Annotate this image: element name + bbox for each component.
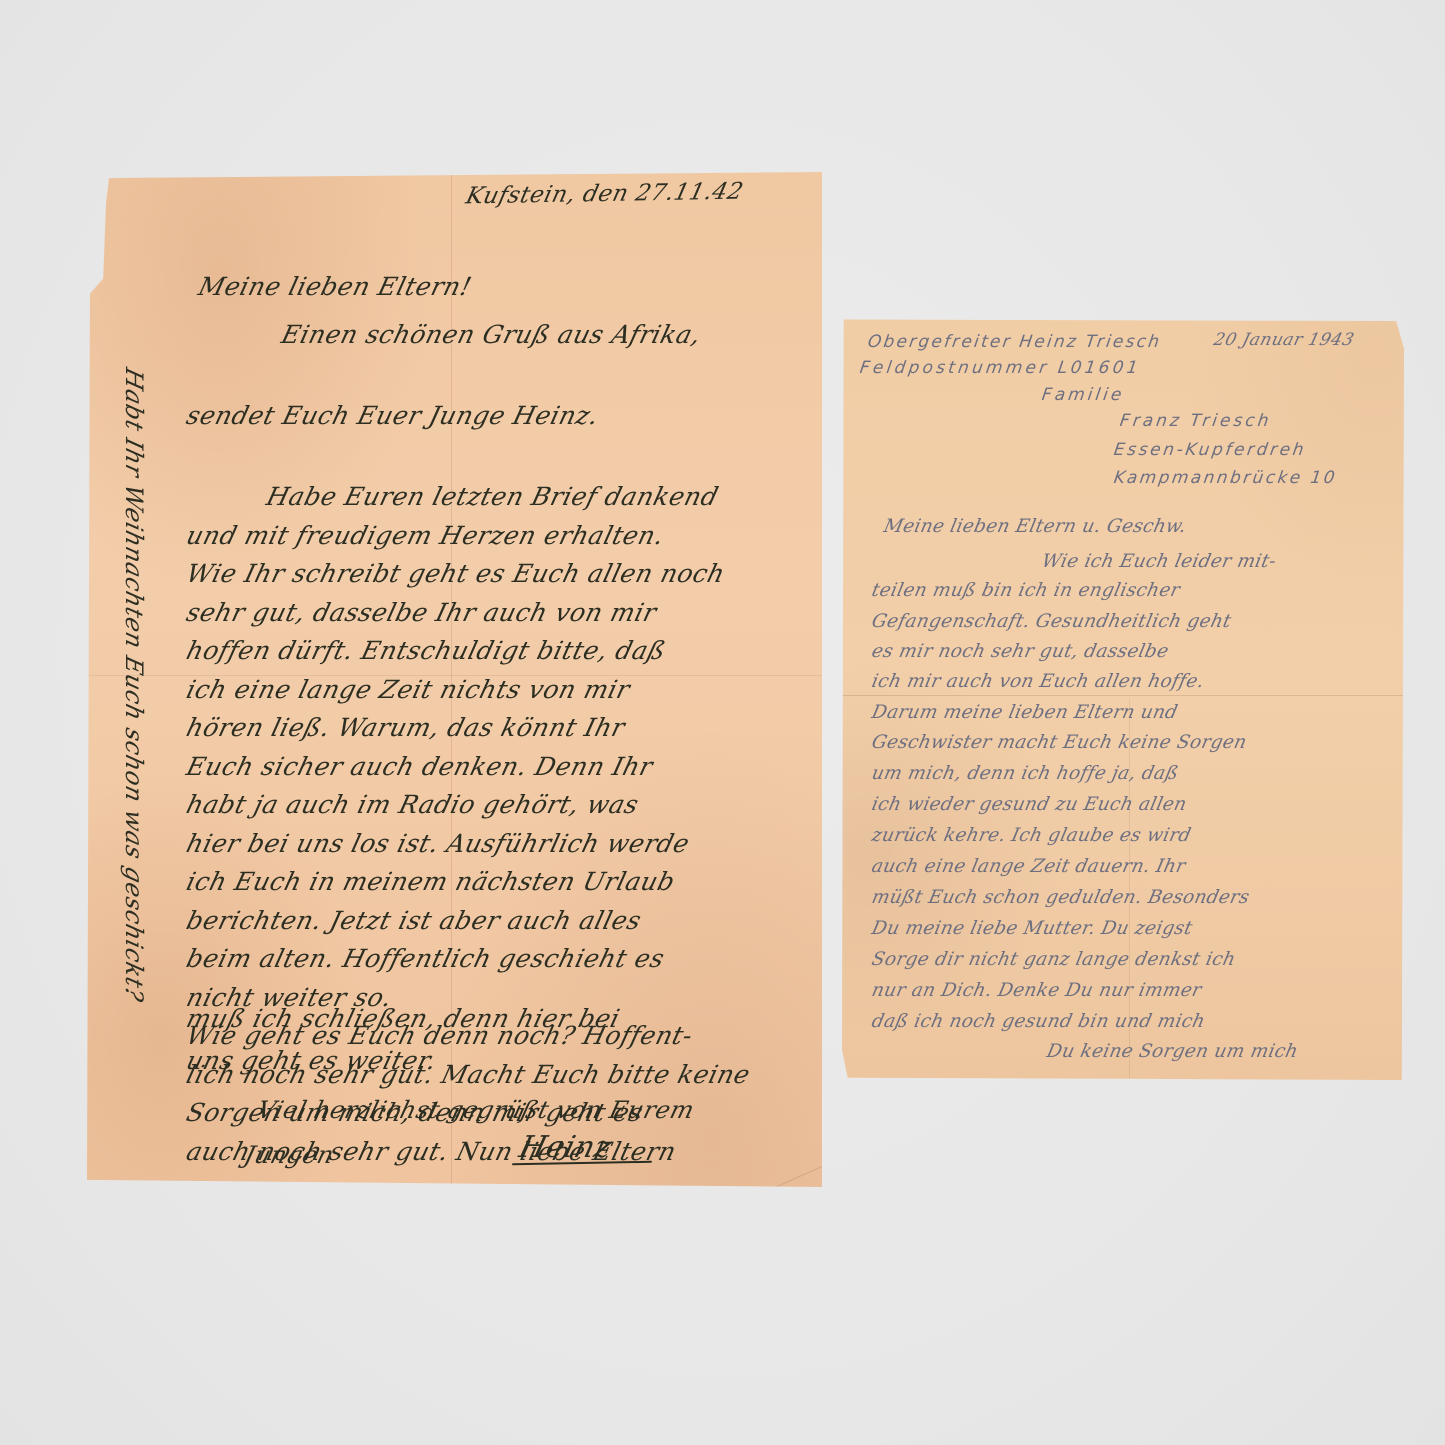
letter-left-line: beim alten. Hoffentlich geschieht es	[183, 944, 667, 974]
letter-right-line: Geschwister macht Euch keine Sorgen	[870, 732, 1249, 754]
letter-left-line: ich eine lange Zeit nichts von mir	[183, 675, 633, 705]
letter-right-line: ich mir auch von Euch allen hoffe.	[870, 671, 1206, 693]
letter-left-signature: Heinz	[516, 1130, 616, 1165]
letter-right-line: Darum meine lieben Eltern und	[870, 702, 1180, 724]
letter-left-line: Euch sicher auch denken. Denn Ihr	[183, 752, 656, 782]
fold-crease-horizontal	[842, 695, 1404, 696]
letter-right-paper: Obergefreiter Heinz Triesch 20 Januar 19…	[842, 318, 1404, 1080]
letter-right-line: müßt Euch schon gedulden. Besonders	[870, 887, 1252, 909]
letter-left-date: Kufstein, den 27.11.42	[463, 179, 746, 210]
letter-right-line: zurück kehre. Ich glaube es wird	[870, 825, 1193, 847]
letter-left-line: hier bei uns los ist. Ausführlich werde	[183, 829, 692, 859]
letter-right-line: es mir noch sehr gut, dasselbe	[870, 641, 1171, 663]
letter-right-line: Du meine liebe Mutter. Du zeigst	[870, 918, 1195, 940]
letter-right-line: auch eine lange Zeit dauern. Ihr	[870, 856, 1188, 878]
letter-left-line: und mit freudigem Herzen erhalten.	[183, 521, 667, 551]
letter-left-closing: Viel herzlichst gegrüßt von Eurem	[254, 1095, 697, 1125]
letter-left-line: Habe Euren letzten Brief dankend	[263, 482, 721, 512]
letter-left-line: sehr gut, dasselbe Ihr auch von mir	[183, 598, 660, 628]
letter-right-line: nur an Dich. Denke Du nur immer	[870, 980, 1204, 1002]
letter-left-line: muß ich schließen, denn hier bei	[183, 1004, 623, 1034]
letter-left-line: sendet Euch Euer Junge Heinz.	[183, 401, 602, 431]
corner-crease	[685, 1166, 822, 1228]
letter-right-salutation: Meine lieben Eltern u. Geschw.	[882, 516, 1189, 538]
letter-right-line: teilen muß bin ich in englischer	[870, 580, 1182, 602]
letter-left-line: hoffen dürft. Entschuldigt bitte, daß	[183, 636, 669, 666]
letter-left-closing-jungen: Jungen	[241, 1140, 337, 1170]
letter-left-salutation: Meine lieben Eltern!	[195, 272, 475, 302]
letter-left-line: hören ließ. Warum, das könnt Ihr	[183, 713, 628, 743]
recipient-street: Kampmannbrücke 10	[1113, 468, 1339, 488]
sender-line: Obergefreiter Heinz Triesch	[867, 332, 1163, 352]
letter-left-margin-note: Habt Ihr Weihnachten Euch schon was gesc…	[120, 365, 148, 1005]
recipient-label: Familie	[1041, 385, 1126, 405]
letter-right-line: Du keine Sorgen um mich	[1045, 1041, 1300, 1063]
letter-left-line: Wie Ihr schreibt geht es Euch allen noch	[183, 559, 728, 589]
photo-background: Kufstein, den 27.11.42 Meine lieben Elte…	[0, 0, 1445, 1445]
letter-right-line: um mich, denn ich hoffe ja, daß	[870, 763, 1181, 785]
letter-left-line: habt ja auch im Radio gehört, was	[183, 790, 642, 820]
letter-left-line: Einen schönen Gruß aus Afrika,	[278, 320, 704, 350]
recipient-name: Franz Triesch	[1119, 411, 1273, 431]
letter-right-line: Wie ich Euch leider mit-	[1040, 551, 1278, 573]
letter-left-paper: Kufstein, den 27.11.42 Meine lieben Elte…	[87, 172, 822, 1187]
letter-right-date: 20 Januar 1943	[1212, 330, 1357, 350]
letter-right-line: Sorge dir nicht ganz lange denkst ich	[870, 949, 1238, 971]
letter-left-line: berichten. Jetzt ist aber auch alles	[183, 906, 644, 936]
letter-right-line: ich wieder gesund zu Euch allen	[870, 794, 1189, 816]
recipient-city: Essen-Kupferdreh	[1113, 440, 1308, 460]
fieldpost-number: Feldpostnummer L01601	[859, 358, 1143, 378]
letter-right-line: Gefangenschaft. Gesundheitlich geht	[870, 611, 1233, 633]
letter-left-line: uns geht es weiter.	[183, 1046, 440, 1076]
letter-left-line: ich Euch in meinem nächsten Urlaub	[183, 867, 678, 897]
letter-right-line: daß ich noch gesund bin und mich	[870, 1011, 1207, 1033]
